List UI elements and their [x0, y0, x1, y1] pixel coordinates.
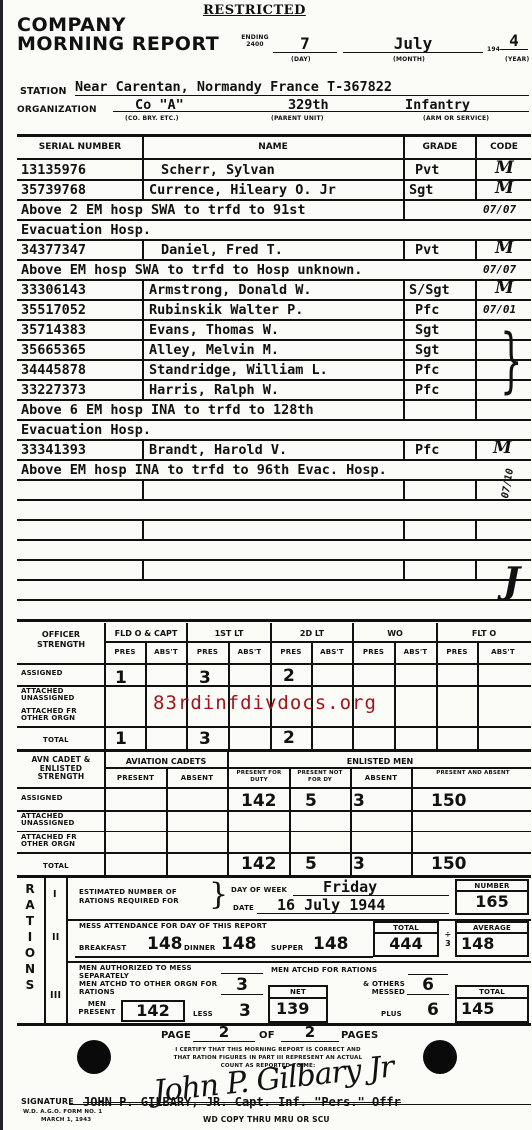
subcol-abst: ABS'T: [229, 649, 270, 656]
total-pages: 2: [281, 1023, 339, 1042]
company-caption: (CO. BRY. ETC.): [125, 115, 179, 122]
remark-text: Evacuation Hosp.: [21, 422, 151, 438]
duty-code: 07/07: [483, 203, 516, 216]
col-divider: [403, 280, 405, 420]
less-value: 3: [239, 1002, 251, 1020]
duty-code: M: [493, 438, 512, 458]
supper-value: 148: [313, 935, 349, 953]
report-day: 7: [273, 36, 337, 53]
enlisted-strength-title: AVN CADET & ENLISTED STRENGTH: [19, 756, 103, 782]
soldier-name: Standridge, William L.: [149, 362, 328, 378]
row-rule: [17, 1023, 531, 1026]
punch-hole-left: [77, 1040, 111, 1074]
organization-label: ORGANIZATION: [17, 105, 97, 115]
row-rule: [17, 459, 531, 461]
plus-label: PLUS: [381, 1011, 402, 1018]
row-rule: [17, 199, 531, 201]
brace-icon: }: [209, 880, 228, 910]
station-label: STATION: [20, 86, 67, 97]
fld-capt-pres-total: 1: [115, 730, 127, 748]
atchd-other-value: 3: [221, 976, 263, 995]
row-rule: [104, 641, 531, 643]
less-label: LESS: [193, 1011, 213, 1018]
mess-total-value: 444: [375, 934, 437, 954]
row-rule: [17, 419, 531, 421]
roster-top-rule: [17, 134, 531, 137]
day-caption: (DAY): [291, 56, 311, 63]
serial-number: 34377347: [21, 242, 86, 258]
group-2d-lt: 2D LT: [271, 629, 353, 638]
grade: Sgt: [409, 182, 433, 198]
subcol-divider: [477, 642, 479, 751]
soldier-name: Scherr, Sylvan: [161, 162, 275, 178]
col-cadets-present: PRESENT: [105, 775, 166, 782]
average-box: AVERAGE 148: [455, 921, 529, 957]
2d-lt-pres-assigned: 2: [283, 667, 295, 685]
number-label: NUMBER: [457, 881, 527, 892]
signatory-name: JOHN P. GILBARY, JR. Capt. Inf. "Pers." …: [83, 1094, 531, 1110]
row-rule: [17, 787, 531, 789]
report-month: July: [343, 36, 483, 53]
day-of-week-value: Friday: [293, 879, 449, 896]
serial-number: 33306143: [21, 282, 86, 298]
serial-number: 13135976: [21, 162, 86, 178]
month-caption: (MONTH): [393, 56, 425, 63]
roster-bottom-rule: [17, 619, 531, 622]
officer-strength-title: OFFICER STRENGTH: [19, 630, 103, 650]
col-divider: [403, 200, 405, 220]
net-value: 139: [270, 999, 326, 1019]
duty-code: M: [495, 178, 514, 198]
copy-note: WD COPY THRU MRU OR SCU: [203, 1116, 330, 1123]
men-present-value: 142: [123, 1002, 183, 1020]
col-divider: [403, 137, 405, 160]
soldier-name: Evans, Thomas W.: [149, 322, 279, 338]
row-rule: [17, 319, 531, 321]
row-rule: [17, 559, 531, 561]
duty-code: 07/01: [483, 303, 516, 316]
soldier-name: Rubinskik Walter P.: [149, 302, 303, 318]
signature-line: [69, 1104, 531, 1105]
morning-report-form: RESTRICTED COMPANY MORNING REPORT ENDING…: [0, 0, 532, 1130]
row-rule: [17, 479, 531, 481]
row-rule: [17, 663, 531, 665]
day-of-week-label: DAY OF WEEK: [231, 887, 287, 894]
grade: S/Sgt: [409, 282, 450, 298]
row-rule: [17, 359, 531, 361]
col-divider: [142, 520, 144, 540]
atchd-rations-label: MEN ATCHD FOR RATIONS: [271, 967, 377, 974]
serial-number: 35665365: [21, 342, 86, 358]
col-divider: [475, 160, 477, 200]
row-rule: [17, 831, 531, 832]
2d-lt-pres-total: 2: [283, 729, 295, 747]
station-value: Near Carentan, Normandy France T-367822: [75, 79, 529, 96]
col-divider: [142, 160, 144, 200]
col-divider: [104, 752, 106, 876]
serial-number: 33227373: [21, 382, 86, 398]
soldier-name: Armstrong, Donald W.: [149, 282, 312, 298]
col-divider: [475, 280, 477, 420]
remark-text: Above 2 EM hosp SWA to trfd to 91st: [21, 202, 305, 218]
row-label-total: TOTAL: [43, 863, 69, 870]
subcol-divider: [145, 642, 147, 751]
organization-arm: Infantry: [405, 97, 470, 113]
watermark: 83rdinfdivdocs.org: [153, 692, 377, 714]
col-divider: [166, 768, 168, 876]
subcol-abst: ABS'T: [146, 649, 186, 656]
col-grade: GRADE: [405, 143, 475, 152]
parent-caption: (PARENT UNIT): [271, 115, 324, 122]
report-year: 4: [500, 33, 528, 50]
row-rule: [17, 875, 531, 878]
soldier-name: Alley, Melvin M.: [149, 342, 279, 358]
col-divider: [289, 768, 291, 876]
group-1st-lt: 1ST LT: [187, 629, 271, 638]
men-present-box: 142: [121, 1000, 185, 1022]
1st-lt-pres-total: 3: [199, 730, 211, 748]
grade: Pfc: [415, 382, 439, 398]
ration-total-box: TOTAL 145: [455, 985, 529, 1023]
present-and-absent-assigned: 150: [431, 792, 467, 810]
serial-number: 35739768: [21, 182, 86, 198]
col-divider: [475, 560, 477, 580]
breakfast-value: 148: [147, 935, 183, 953]
enlisted-absent-total: 3: [353, 855, 365, 873]
duty-code: M: [495, 158, 514, 178]
col-divider: [142, 137, 144, 160]
rations-side-label: RATIONS: [23, 882, 37, 1022]
subcol-pres: PRES: [187, 649, 228, 656]
section-iii-numeral: III: [50, 990, 61, 1001]
col-divider: [403, 480, 405, 500]
date-label: DATE: [233, 905, 254, 912]
soldier-name: Daniel, Fred T.: [161, 242, 283, 258]
row-rule: [17, 499, 531, 501]
section-ii-label: MESS ATTENDANCE FOR DAY OF THIS REPORT: [79, 923, 267, 930]
row-rule: [17, 599, 531, 601]
col-divider: [475, 440, 477, 460]
section-i-label: ESTIMATED NUMBER OF RATIONS REQUIRED FOR: [79, 888, 199, 906]
col-divider: [142, 280, 144, 400]
col-divider: [142, 440, 144, 460]
number-value: 165: [457, 892, 527, 912]
row-rule: [17, 179, 531, 181]
form-title-line2: MORNING REPORT: [17, 34, 219, 54]
duty-code: 07/07: [483, 263, 516, 276]
row-label-attached-unassigned: ATTACHED UNASSIGNED: [21, 813, 101, 827]
grade: Pfc: [415, 362, 439, 378]
mess-total-label: TOTAL: [375, 923, 437, 934]
mess-total-box: TOTAL 444: [373, 921, 439, 957]
row-rule: [17, 685, 531, 687]
row-rule: [17, 279, 531, 281]
subcol-pres: PRES: [353, 649, 394, 656]
of-label: OF: [259, 1030, 275, 1041]
classification-stamp: RESTRICTED: [203, 3, 306, 18]
serial-number: 35714383: [21, 322, 86, 338]
col-serial-number: SERIAL NUMBER: [19, 143, 141, 152]
group-flt-o: FLT O: [437, 629, 531, 638]
subcol-divider: [394, 642, 396, 751]
row-rule: [17, 749, 531, 752]
breakfast-label: BREAKFAST: [79, 945, 126, 952]
grade: Pvt: [415, 162, 439, 178]
remark-text: Above 6 EM hosp INA to trfd to 128th: [21, 402, 314, 418]
col-divider: [142, 480, 144, 500]
col-divider: [403, 160, 405, 200]
divide-by-three-icon: ÷ 3: [443, 930, 453, 948]
remark-text: Above EM hosp INA to trfd to 96th Evac. …: [21, 462, 387, 478]
soldier-name: Harris, Ralph W.: [149, 382, 279, 398]
page-number: 2: [193, 1023, 255, 1042]
grade: Pvt: [415, 242, 439, 258]
subcol-abst: ABS'T: [478, 649, 528, 656]
row-rule: [17, 399, 531, 401]
duty-code: 07/10: [500, 468, 516, 500]
serial-number: 34445878: [21, 362, 86, 378]
average-label: AVERAGE: [457, 923, 527, 934]
ration-total-value: 145: [457, 999, 527, 1019]
authorized-value: [221, 973, 263, 974]
grade: Sgt: [415, 322, 439, 338]
present-for-duty-assigned: 142: [241, 792, 277, 810]
subcol-pres: PRES: [105, 649, 145, 656]
average-value: 148: [457, 934, 527, 954]
col-divider: [227, 752, 229, 876]
row-rule: [17, 519, 531, 521]
subcol-pres: PRES: [437, 649, 477, 656]
form-title-line1: COMPANY: [17, 15, 126, 35]
grade: Pfc: [415, 442, 439, 458]
signature-label: SIGNATURE: [21, 1098, 74, 1105]
year-caption: (YEAR): [505, 56, 529, 63]
row-rule: [17, 579, 531, 581]
dinner-label: DINNER: [184, 945, 216, 952]
col-divider: [142, 240, 144, 260]
col-name: NAME: [143, 143, 403, 152]
section-ii-numeral: II: [52, 932, 59, 943]
ration-total-label: TOTAL: [457, 987, 527, 999]
authorized-label: MEN AUTHORIZED TO MESS SEPARATELY: [79, 964, 239, 980]
col-present-for-duty: PRESENT FOR DUTY: [231, 770, 287, 783]
group-aviation-cadets: AVIATION CADETS: [105, 757, 227, 766]
enlisted-absent-assigned: 3: [353, 792, 365, 810]
others-messed-label: & OTHERS MESSED: [333, 980, 405, 996]
subcol-abst: ABS'T: [312, 649, 352, 656]
col-divider: [475, 240, 477, 260]
page-label: PAGE: [161, 1030, 191, 1041]
group-wo: WO: [353, 629, 437, 638]
col-divider: [475, 137, 477, 160]
col-divider: [475, 520, 477, 540]
organization-parent-unit: 329th: [288, 97, 329, 113]
pages-label: PAGES: [341, 1030, 378, 1041]
date-value: 16 July 1944: [257, 897, 449, 914]
col-code: CODE: [477, 143, 531, 152]
col-divider: [403, 560, 405, 580]
punch-hole-right: [423, 1040, 457, 1074]
remark-text: Evacuation Hosp.: [21, 222, 151, 238]
col-divider: [411, 768, 413, 876]
roster-header-rule: [17, 158, 531, 160]
end-mark-icon: J: [503, 560, 520, 602]
atchd-other-label: MEN ATCHD TO OTHER ORGN FOR RATIONS: [79, 980, 229, 996]
row-label-attached-other: ATTACHED FR OTHER ORGN: [21, 834, 101, 848]
subcol-abst: ABS'T: [395, 649, 436, 656]
section-i-numeral: I: [53, 889, 57, 900]
grade: Sgt: [415, 342, 439, 358]
col-divider: [475, 480, 477, 500]
row-rule: [17, 259, 531, 261]
soldier-name: Brandt, Harold V.: [149, 442, 287, 458]
row-rule: [75, 956, 373, 958]
serial-number: 33341393: [21, 442, 86, 458]
duty-code: M: [495, 278, 514, 298]
present-and-absent-total: 150: [431, 855, 467, 873]
soldier-name: Currence, Hileary O. Jr: [149, 182, 336, 198]
organization-company: Co "A": [135, 97, 184, 113]
row-rule: [17, 539, 531, 541]
row-rule: [17, 810, 531, 812]
duty-code: M: [495, 238, 514, 258]
row-rule: [17, 219, 531, 221]
others-messed-value: 6: [407, 976, 449, 995]
row-label-total: TOTAL: [43, 737, 69, 744]
col-divider: [403, 440, 405, 460]
col-divider: [142, 560, 144, 580]
col-divider: [66, 878, 68, 1023]
col-enlisted-absent: ABSENT: [351, 775, 411, 782]
col-divider: [403, 240, 405, 260]
col-divider: [44, 878, 46, 1023]
form-number: W.D. A.G.O. FORM NO. 1: [23, 1109, 102, 1116]
row-rule: [17, 239, 531, 241]
group-brace-icon: }: [500, 320, 522, 400]
net-box: NET 139: [268, 985, 328, 1023]
row-label-assigned: ASSIGNED: [21, 795, 63, 802]
year-prefix: 194: [487, 46, 500, 53]
present-for-duty-total: 142: [241, 855, 277, 873]
remark-text: Above EM hosp SWA to trfd to Hosp unknow…: [21, 262, 362, 278]
col-present-and-absent: PRESENT AND ABSENT: [423, 770, 523, 777]
row-rule: [17, 726, 531, 728]
subcol-pres: PRES: [271, 649, 311, 656]
row-label-attached-other: ATTACHED FR OTHER ORGN: [21, 708, 101, 722]
ending-label: ENDING 2400: [239, 34, 271, 48]
plus-value: 6: [427, 1001, 439, 1019]
form-date: MARCH 1, 1943: [41, 1117, 91, 1124]
row-rule: [17, 439, 531, 441]
col-present-not-for-duty: PRESENT NOT FOR DY: [291, 770, 349, 783]
row-label-assigned: ASSIGNED: [21, 670, 63, 677]
grade: Pfc: [415, 302, 439, 318]
group-enlisted-men: ENLISTED MEN: [229, 757, 531, 766]
group-fld-o-capt: FLD O & CAPT: [105, 629, 187, 638]
row-rule: [66, 961, 531, 963]
net-label: NET: [270, 987, 326, 999]
row-rule: [104, 767, 531, 769]
serial-number: 35517052: [21, 302, 86, 318]
row-rule: [17, 379, 531, 381]
col-divider: [403, 520, 405, 540]
row-rule: [17, 299, 531, 301]
present-not-for-duty-total: 5: [305, 855, 317, 873]
present-not-for-duty-assigned: 5: [305, 792, 317, 810]
arm-caption: (ARM OR SERVICE): [423, 115, 489, 122]
supper-label: SUPPER: [271, 945, 303, 952]
row-rule: [17, 339, 531, 341]
men-present-label: MEN PRESENT: [73, 1000, 121, 1016]
row-label-attached-unassigned: ATTACHED UNASSIGNED: [21, 688, 101, 702]
dinner-value: 148: [221, 935, 257, 953]
col-cadets-absent: ABSENT: [167, 775, 227, 782]
col-divider: [350, 768, 352, 876]
number-box: NUMBER 165: [455, 879, 529, 915]
